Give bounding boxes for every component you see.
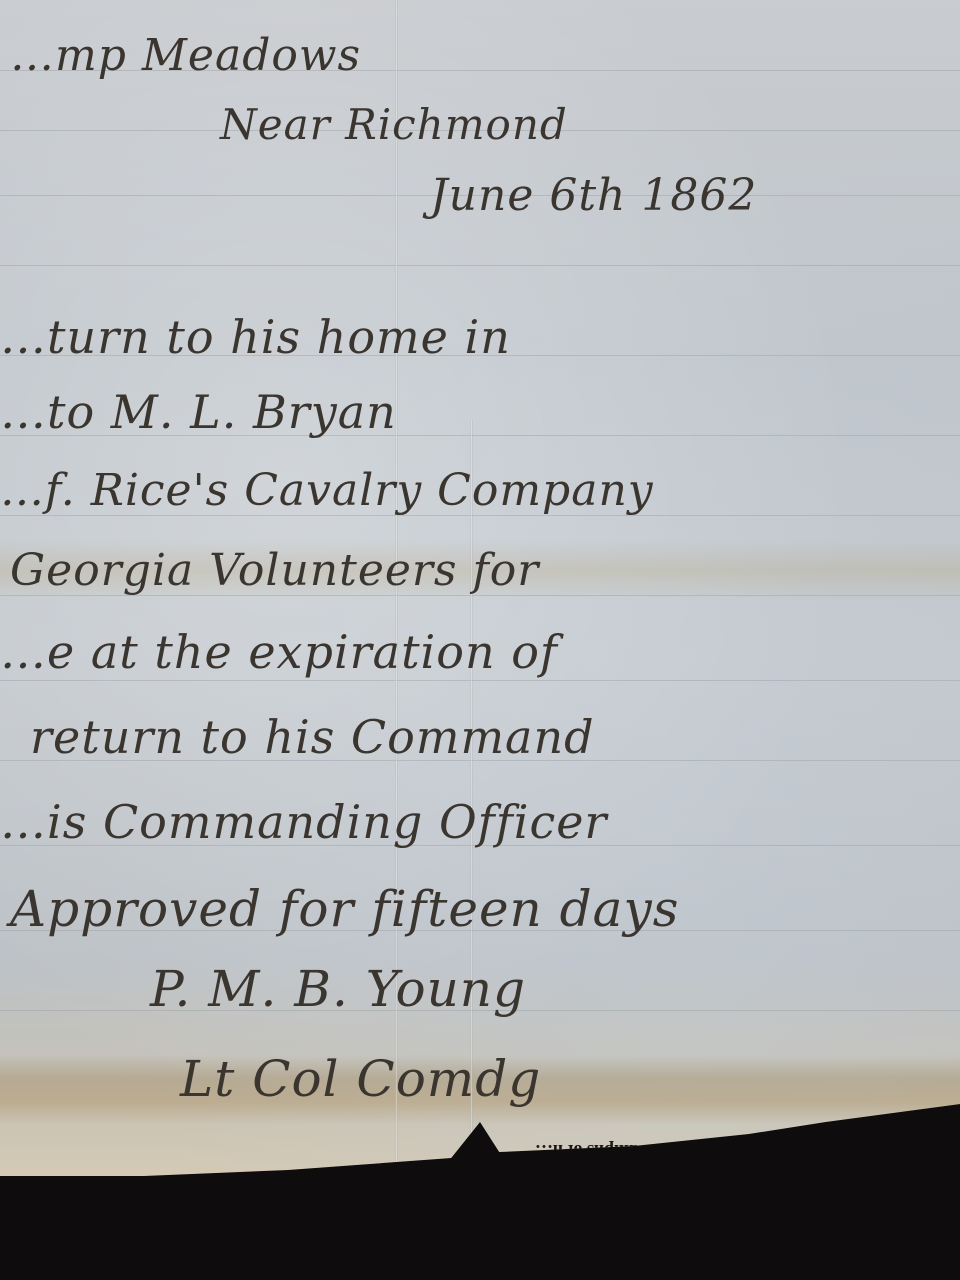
- header-camp: …mp Meadows: [10, 30, 361, 81]
- dark-background: [0, 1180, 960, 1280]
- ruled-line: [0, 265, 960, 266]
- newspaper-fragment: …e triumph…: [855, 1125, 960, 1165]
- body-line: …f. Rice's Cavalry Company: [0, 465, 654, 516]
- signature-title: Lt Col Comdg: [180, 1050, 541, 1108]
- letter-paper: …mp Meadows Near Richmond June 6th 1862 …: [0, 0, 960, 1200]
- body-line: return to his Command: [30, 710, 595, 764]
- newspaper-fragment: …e tr-umphs of n…: [535, 1140, 689, 1161]
- header-date: June 6th 1862: [430, 170, 757, 221]
- body-line: …is Commanding Officer: [0, 795, 607, 849]
- paper-fold: [395, 0, 398, 1200]
- body-line: …turn to his home in: [0, 310, 511, 364]
- signature: P. M. B. Young: [150, 960, 526, 1018]
- header-location: Near Richmond: [220, 100, 568, 149]
- body-line: Georgia Volunteers for: [10, 545, 539, 596]
- body-line: …e at the expiration of: [0, 625, 558, 679]
- body-line: …to M. L. Bryan: [0, 385, 397, 439]
- approval-line: Approved for fifteen days: [10, 880, 679, 938]
- ruled-line: [0, 680, 960, 681]
